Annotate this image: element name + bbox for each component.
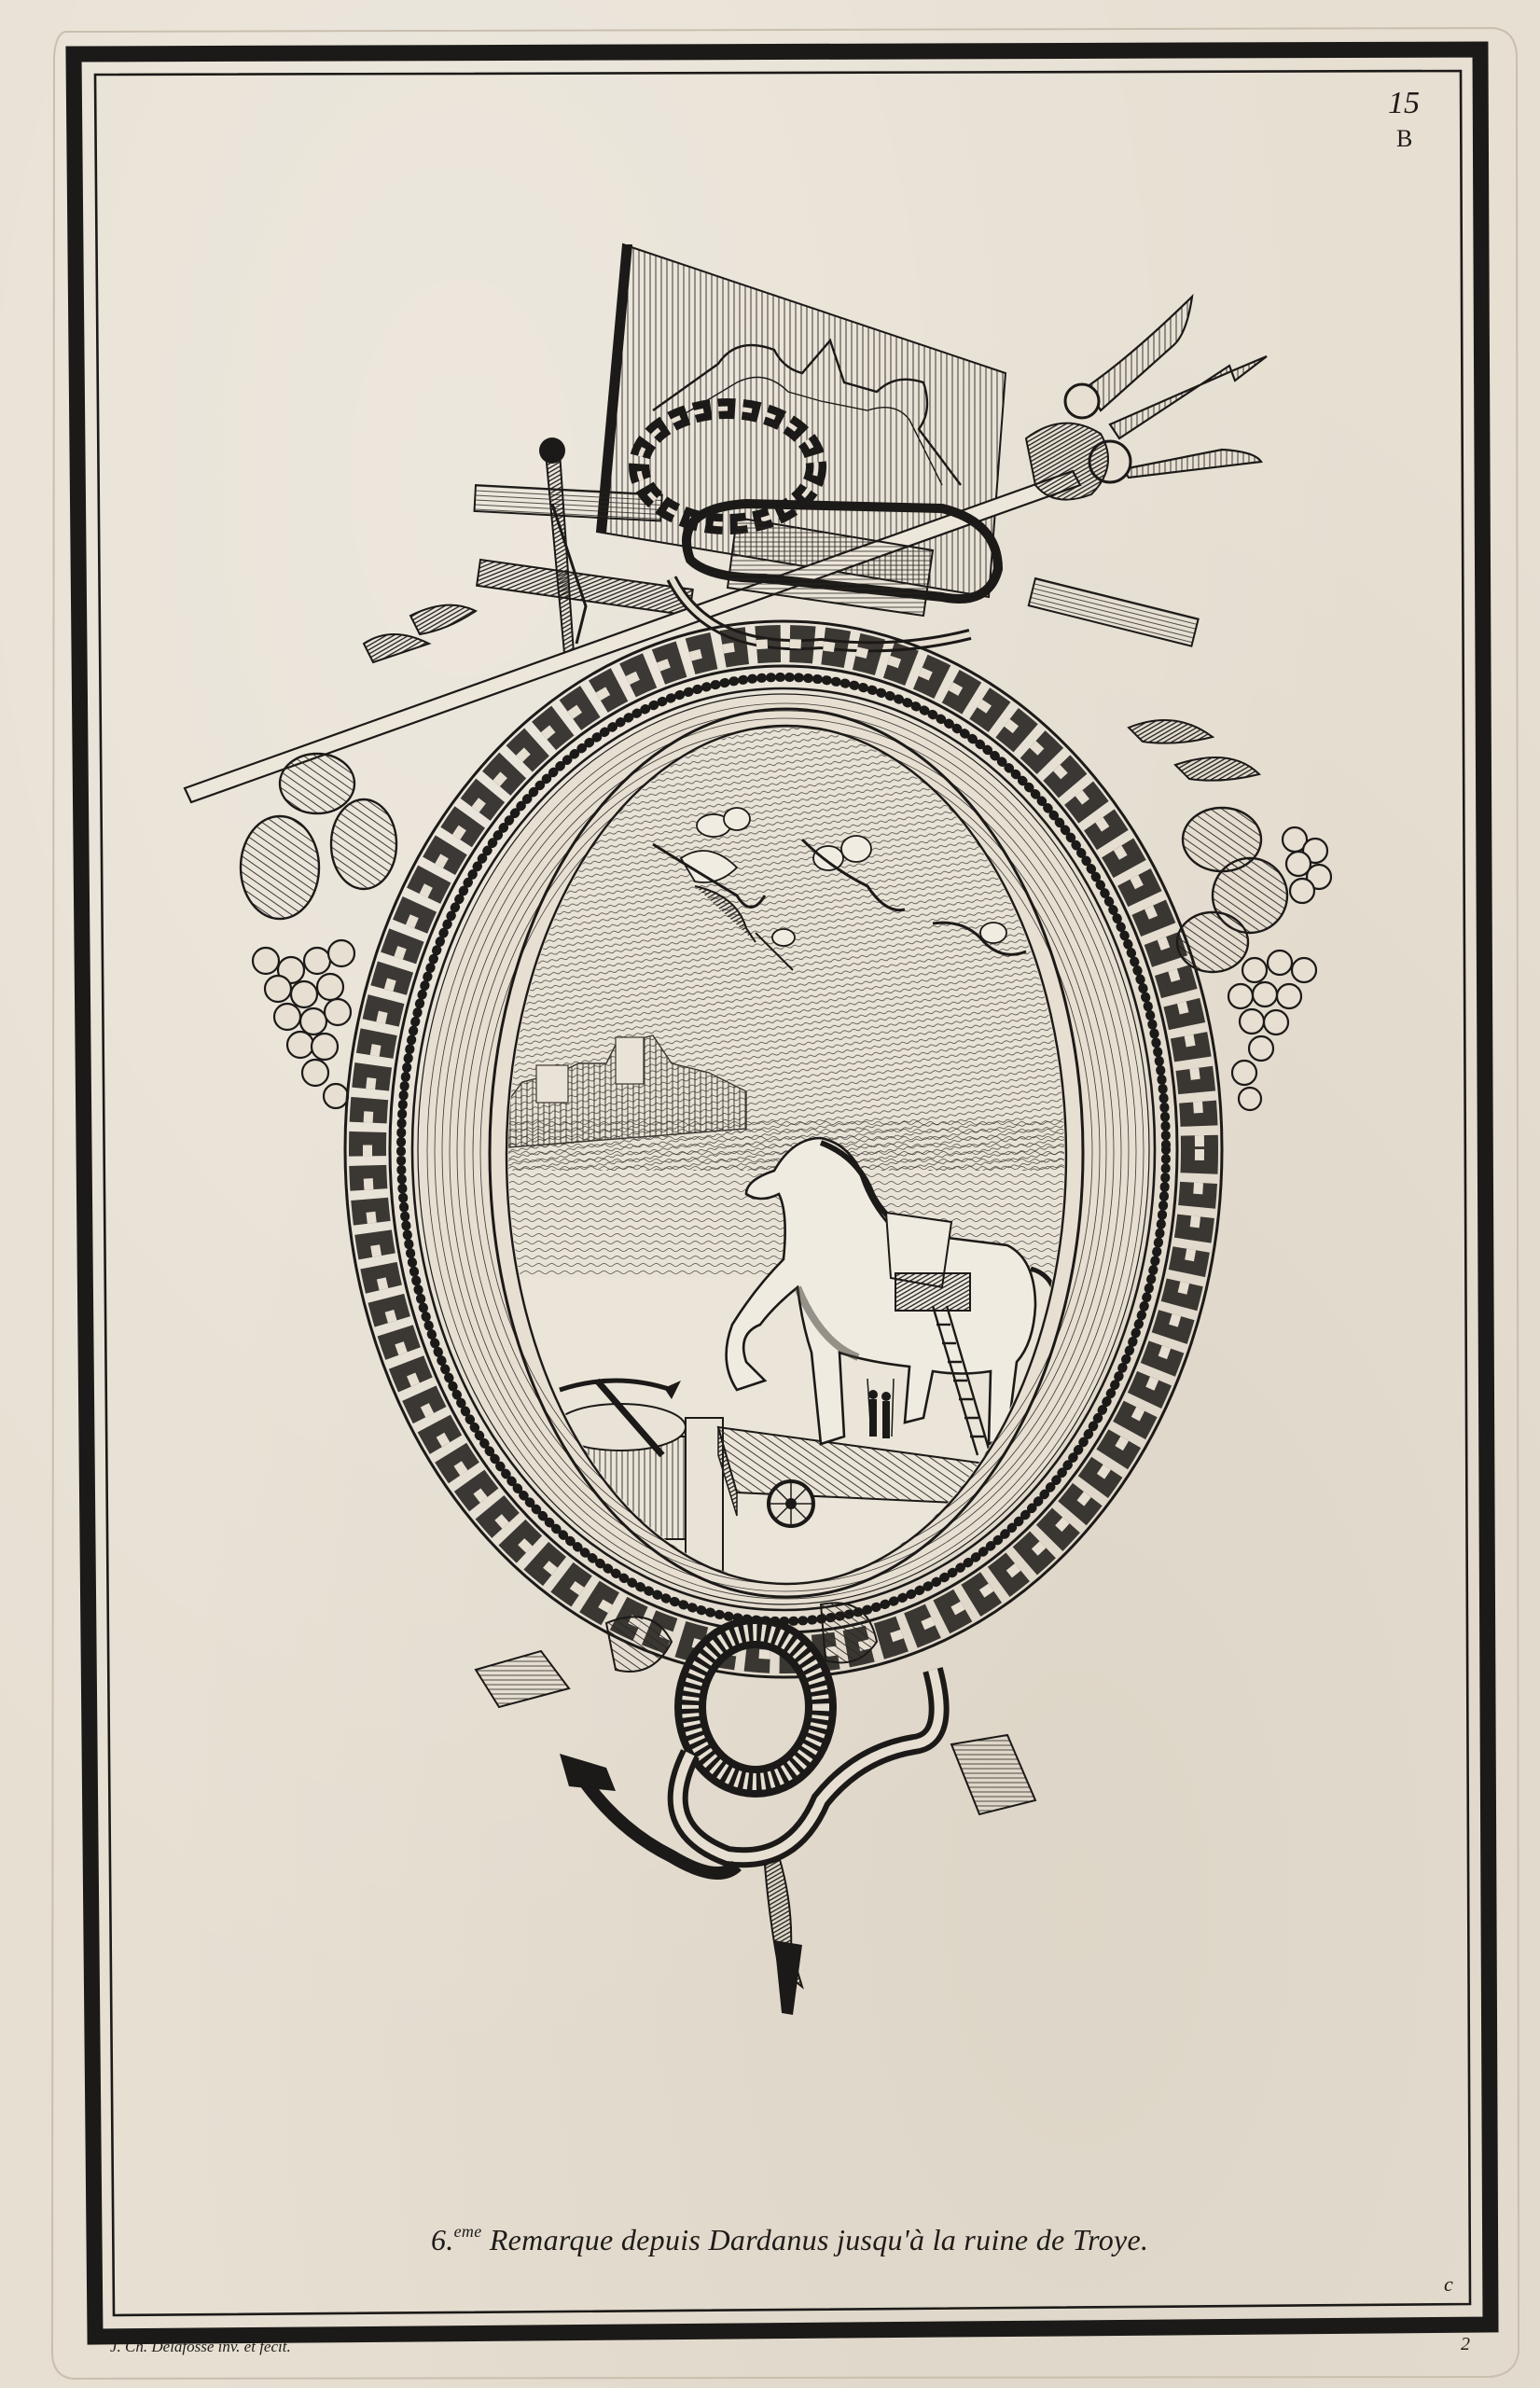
plate-caption: 6.eme Remarque depuis Dardanus jusqu'à l… [431, 2222, 1148, 2257]
corner-letter: c [1444, 2272, 1453, 2297]
trident-icon [1026, 297, 1267, 500]
compass-icon [539, 437, 586, 653]
caption-ordinal: 6. [431, 2223, 454, 2256]
engraving-artwork [0, 0, 1540, 2388]
serpent-head-left-icon [560, 1754, 616, 1791]
plate-number: 15 [1388, 86, 1420, 121]
engraving-plate: 15 B 6.eme Remarque depuis Dardanus jusq… [0, 0, 1540, 2388]
caption-ordinal-suffix: eme [454, 2222, 482, 2241]
ribbon-right [951, 1735, 1035, 1814]
grapes-left-icon [253, 940, 354, 1108]
caption-text: Remarque depuis Dardanus jusqu'à la ruin… [490, 2223, 1149, 2256]
page-number: 2 [1461, 2334, 1470, 2355]
artist-signature: J. Ch. Delafosse inv. et fecit. [110, 2338, 291, 2356]
ribbon-left [476, 1651, 569, 1707]
series-letter: B [1396, 125, 1412, 153]
